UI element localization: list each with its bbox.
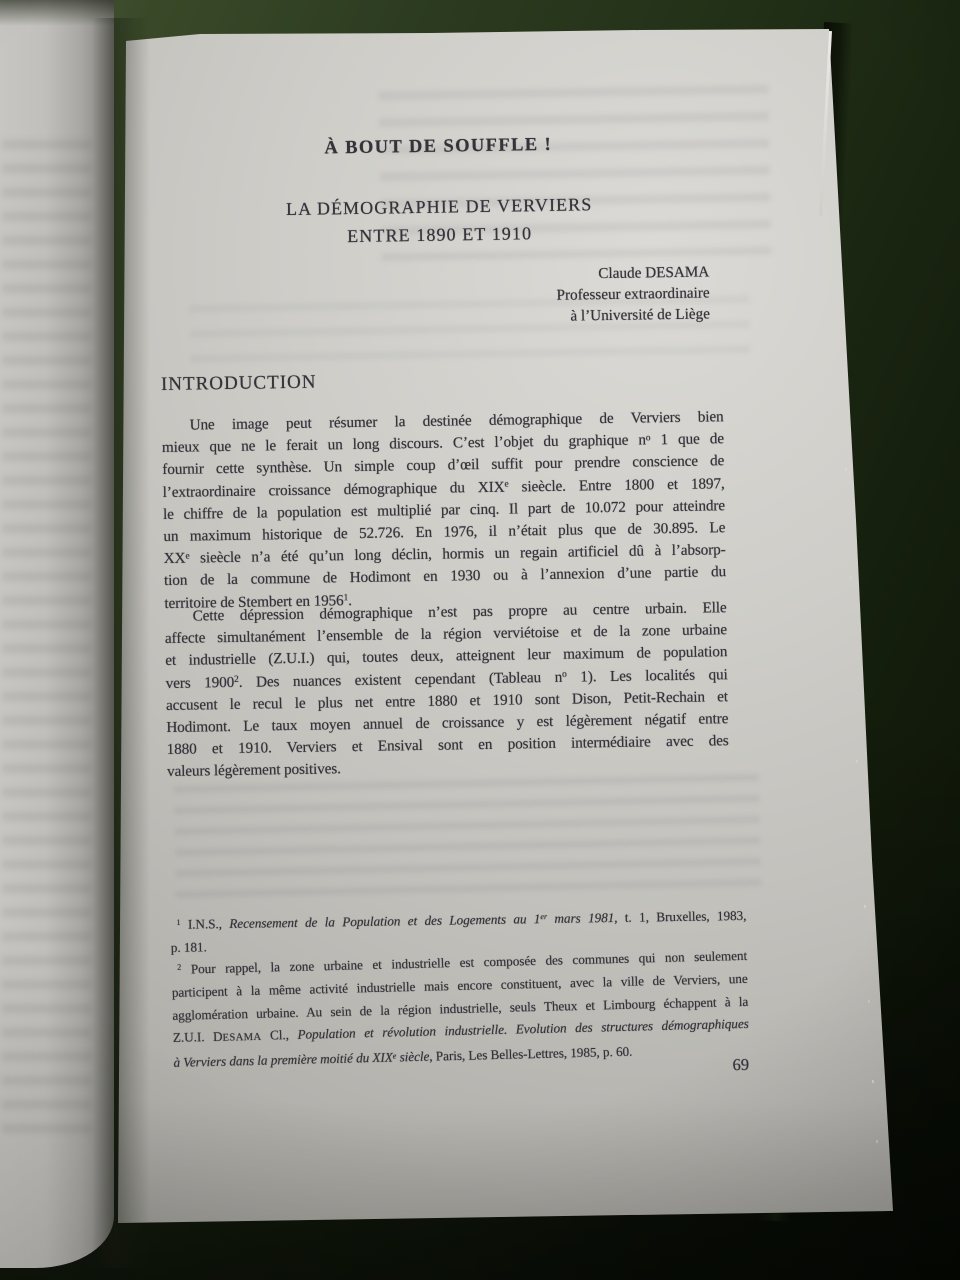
section-heading: INTRODUCTION — [161, 372, 317, 396]
paragraph: Une image peut résumer la destinée démog… — [161, 406, 726, 615]
page-number: 69 — [709, 1055, 773, 1076]
footnote: 2 Pour rappel, la zone urbaine et indust… — [171, 945, 750, 1075]
printed-content: À BOUT DE SOUFFLE ! LA DÉMOGRAPHIE DE VE… — [0, 0, 960, 1280]
article-title: À BOUT DE SOUFFLE ! — [157, 132, 719, 162]
paragraph: Cette dépression démographique n’est pas… — [164, 597, 729, 783]
article-subtitle-line2: ENTRE 1890 ET 1910 — [159, 220, 721, 250]
author-block: Claude DESAMAProfesseur extraordinaireà … — [159, 261, 710, 333]
article-subtitle-line1: LA DÉMOGRAPHIE DE VERVIERS — [158, 192, 720, 222]
